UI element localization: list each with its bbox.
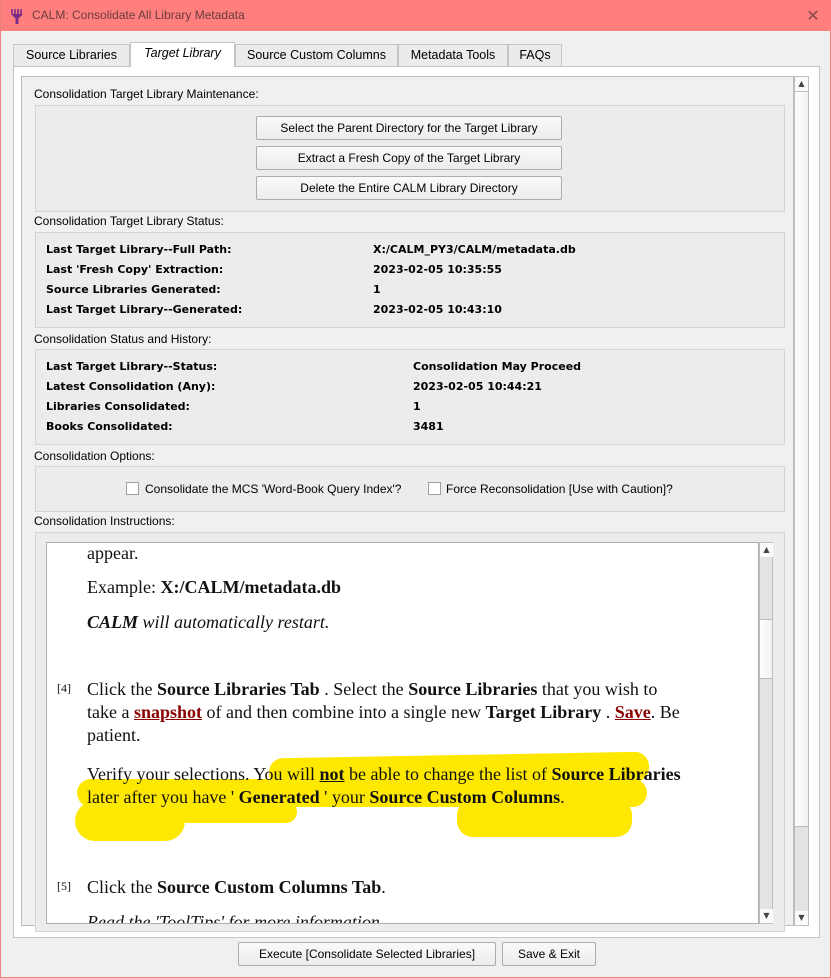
instructions-scrollbar[interactable]: ▲ ▼ — [759, 542, 773, 924]
scroll-down-icon[interactable]: ▼ — [760, 909, 773, 923]
history-label-latest: Latest Consolidation (Any): — [46, 380, 215, 393]
history-label-libraries: Libraries Consolidated: — [46, 400, 190, 413]
close-icon: ✕ — [806, 6, 819, 25]
execute-consolidate-button[interactable]: Execute [Consolidate Selected Libraries] — [238, 942, 496, 966]
tab-metadata-tools[interactable]: Metadata Tools — [398, 44, 508, 66]
status-label-fresh-copy: Last 'Fresh Copy' Extraction: — [46, 263, 223, 276]
history-value-status: Consolidation May Proceed — [413, 360, 581, 373]
status-value-fresh-copy: 2023-02-05 10:35:55 — [373, 263, 502, 276]
target-status-group-label: Consolidation Target Library Status: — [34, 214, 224, 228]
status-label-full-path: Last Target Library--Full Path: — [46, 243, 232, 256]
save-link[interactable]: Save — [615, 702, 651, 722]
status-value-generated: 2023-02-05 10:43:10 — [373, 303, 502, 316]
save-exit-button[interactable]: Save & Exit — [502, 942, 596, 966]
maintenance-group-label: Consolidation Target Library Maintenance… — [34, 87, 259, 101]
scroll-up-icon[interactable]: ▲ — [760, 543, 773, 557]
snapshot-link[interactable]: snapshot — [134, 702, 202, 722]
tab-faqs[interactable]: FAQs — [508, 44, 562, 66]
instruction-example: Example: X:/CALM/metadata.db — [87, 576, 687, 599]
history-value-libraries: 1 — [413, 400, 421, 413]
tab-target-library[interactable]: Target Library — [130, 42, 235, 67]
calm-fork-icon — [10, 8, 24, 24]
instructions-group-label: Consolidation Instructions: — [34, 514, 175, 528]
instruction-appear: appear. — [87, 542, 687, 565]
status-value-source-libraries: 1 — [373, 283, 381, 296]
word-book-index-checkbox[interactable] — [126, 482, 139, 495]
options-group-label: Consolidation Options: — [34, 449, 155, 463]
history-label-books: Books Consolidated: — [46, 420, 173, 433]
scroll-down-icon[interactable]: ▼ — [795, 911, 808, 925]
history-value-latest: 2023-02-05 10:44:21 — [413, 380, 542, 393]
select-parent-directory-button[interactable]: Select the Parent Directory for the Targ… — [256, 116, 562, 140]
status-label-source-libraries: Source Libraries Generated: — [46, 283, 221, 296]
window-title: CALM: Consolidate All Library Metadata — [32, 8, 245, 22]
force-reconsolidation-checkbox[interactable] — [428, 482, 441, 495]
instruction-step-5: Click the Source Custom Columns Tab. — [87, 876, 687, 899]
extract-fresh-copy-button[interactable]: Extract a Fresh Copy of the Target Libra… — [256, 146, 562, 170]
history-group-label: Consolidation Status and History: — [34, 332, 211, 346]
tab-source-custom-columns[interactable]: Source Custom Columns — [235, 44, 398, 66]
page-scrollbar[interactable]: ▲ ▼ — [794, 76, 809, 926]
instruction-step-4: Click the Source Libraries Tab . Select … — [87, 678, 687, 747]
history-value-books: 3481 — [413, 420, 444, 433]
instruction-verify: Verify your selections. You will not be … — [87, 763, 687, 809]
history-label-status: Last Target Library--Status: — [46, 360, 217, 373]
instructions-scroll-thumb[interactable] — [760, 619, 772, 679]
word-book-index-label[interactable]: Consolidate the MCS 'Word-Book Query Ind… — [145, 482, 401, 496]
instruction-tooltips: Read the 'ToolTips' for more information… — [87, 911, 687, 924]
instruction-restart: CALM will automatically restart. — [87, 611, 687, 634]
tab-source-libraries[interactable]: Source Libraries — [13, 44, 130, 66]
page-scroll-thumb[interactable] — [795, 91, 808, 827]
force-reconsolidation-label[interactable]: Force Reconsolidation [Use with Caution]… — [446, 482, 673, 496]
calm-window: CALM: Consolidate All Library Metadata ✕… — [0, 0, 831, 978]
scroll-up-icon[interactable]: ▲ — [795, 77, 808, 91]
close-button[interactable]: ✕ — [801, 6, 825, 26]
step-5-number: [5] — [57, 879, 71, 894]
step-4-number: [4] — [57, 681, 71, 696]
delete-calm-directory-button[interactable]: Delete the Entire CALM Library Directory — [256, 176, 562, 200]
status-value-full-path: X:/CALM_PY3/CALM/metadata.db — [373, 243, 576, 256]
status-label-generated: Last Target Library--Generated: — [46, 303, 242, 316]
title-bar: CALM: Consolidate All Library Metadata ✕ — [1, 0, 831, 31]
instructions-browser[interactable]: appear. Example: X:/CALM/metadata.db CAL… — [46, 542, 759, 924]
